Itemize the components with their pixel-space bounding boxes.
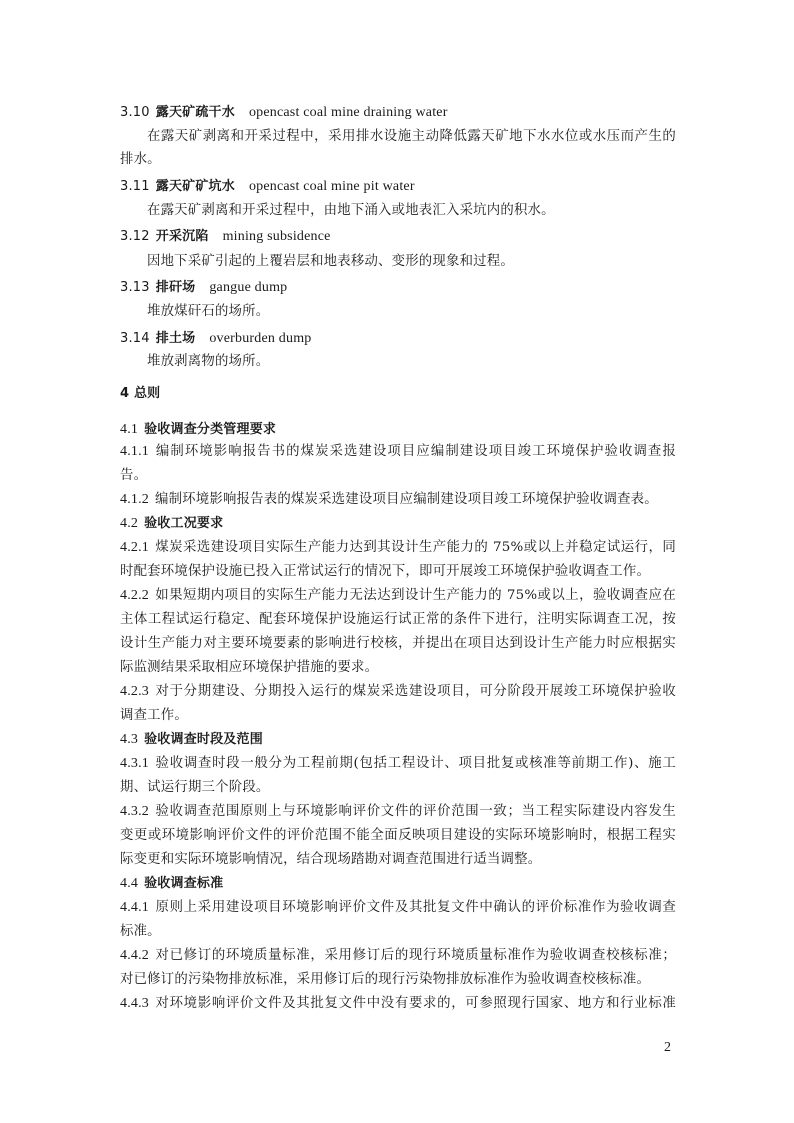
term-heading: 3.10露天矿疏干水opencast coal mine draining wa… [120, 104, 676, 122]
term-definition: 堆放剥离物的场所。 [147, 353, 703, 371]
term-heading: 3.11露天矿矿坑水opencast coal mine pit water [120, 178, 676, 196]
term-definition: 在露天矿剥离和开采过程中，采用排水设施主动降低露天矿地下水水位或水压而产生的 [147, 128, 676, 146]
clause-text: 对环境影响评价文件及其批复文件中没有要求的，可参照现行国家、地方和行业标准 [155, 996, 676, 1011]
clause-cont: 标准。 [120, 923, 676, 941]
section-number: 4.3 [120, 732, 138, 747]
clause-cont: 变更或环境影响评价文件的评价范围不能全面反映项目建设的实际环境影响时，根据工程实 [120, 827, 676, 845]
section-title: 验收调查标准 [144, 876, 223, 891]
clause-cont: 时配套环境保护设施已投入正常试运行的情况下，即可开展竣工环境保护验收调查工作。 [120, 563, 676, 581]
clause-number: 4.2.1 [120, 540, 149, 555]
section-heading: 4.4验收调查标准 [120, 875, 676, 893]
clause-text: 对已修订的环境质量标准，采用修订后的现行环境质量标准作为验收调查校核标准； [155, 948, 676, 963]
clause-text: 编制环境影响报告书的煤炭采选建设项目应编制建设项目竣工环境保护验收调查报 [155, 444, 676, 459]
term-en: opencast coal mine draining water [249, 105, 448, 120]
clause: 4.2.1煤炭采选建设项目实际生产能力达到其设计生产能力的 75%或以上并稳定试… [120, 539, 676, 557]
term-zh: 露天矿矿坑水 [156, 179, 235, 194]
clause-number: 4.3.1 [120, 756, 149, 771]
section-title: 验收工况要求 [144, 516, 223, 531]
clause: 4.4.2对已修订的环境质量标准，采用修订后的现行环境质量标准作为验收调查校核标… [120, 947, 676, 965]
section-number: 4.2 [120, 516, 138, 531]
term-definition-cont: 排水。 [120, 151, 676, 169]
section-title: 验收调查分类管理要求 [144, 422, 276, 437]
section-number: 4.4 [120, 876, 138, 891]
clause: 4.3.2验收调查范围原则上与环境影响评价文件的评价范围一致；当工程实际建设内容… [120, 803, 676, 821]
clause-text: 煤炭采选建设项目实际生产能力达到其设计生产能力的 75%或以上并稳定试运行，同 [155, 540, 676, 555]
term-heading: 3.13排矸场gangue dump [120, 279, 676, 297]
clause-text: 原则上采用建设项目环境影响评价文件及其批复文件中确认的评价标准作为验收调查 [155, 900, 676, 915]
clause-text: 验收调查范围原则上与环境影响评价文件的评价范围一致；当工程实际建设内容发生 [155, 804, 676, 819]
clause-cont: 期、试运行期三个阶段。 [120, 779, 676, 797]
clause-number: 4.4.1 [120, 900, 149, 915]
clause-text: 验收调查时段一般分为工程前期(包括工程设计、项目批复或核准等前期工作)、施工 [155, 756, 676, 771]
clause-cont: 际变更和实际环境影响情况，结合现场踏勘对调查范围进行适当调整。 [120, 851, 676, 869]
section-heading: 4.1验收调查分类管理要求 [120, 421, 676, 439]
clause-text: 对于分期建设、分期投入运行的煤炭采选建设项目，可分阶段开展竣工环境保护验收 [155, 684, 676, 699]
clause: 4.2.2如果短期内项目的实际生产能力无法达到设计生产能力的 75%或以上，验收… [120, 587, 676, 605]
chapter-number: 4 [120, 386, 129, 401]
clause-cont: 告。 [120, 467, 676, 485]
chapter-heading: 4 总则 [120, 385, 676, 403]
section-number: 4.1 [120, 422, 138, 437]
chapter-title: 总则 [134, 386, 160, 401]
term-zh: 排矸场 [156, 280, 196, 295]
clause-number: 4.4.3 [120, 996, 149, 1011]
term-zh: 开采沉陷 [156, 229, 209, 244]
clause: 4.4.3对环境影响评价文件及其批复文件中没有要求的，可参照现行国家、地方和行业… [120, 995, 676, 1013]
term-number: 3.13 [120, 280, 150, 295]
term-en: overburden dump [209, 331, 311, 346]
clause-text: 如果短期内项目的实际生产能力无法达到设计生产能力的 75%或以上，验收调查应在 [155, 588, 676, 603]
clause-number: 4.1.2 [120, 492, 149, 507]
clause-number: 4.2.2 [120, 588, 149, 603]
term-definition: 因地下采矿引起的上覆岩层和地表移动、变形的现象和过程。 [147, 253, 703, 271]
page-number: 2 [664, 1040, 671, 1056]
clause-cont: 际监测结果采取相应环境保护措施的要求。 [120, 659, 676, 677]
term-heading: 3.12开采沉陷mining subsidence [120, 228, 676, 246]
clause-cont: 主体工程试运行稳定、配套环境保护设施运行试正常的条件下进行，注明实际调查工况，按 [120, 611, 676, 629]
term-number: 3.10 [120, 105, 150, 120]
clause-cont: 对已修订的污染物排放标准，采用修订后的现行污染物排放标准作为验收调查校核标准。 [120, 971, 676, 989]
term-en: gangue dump [209, 280, 287, 295]
clause-text: 编制环境影响报告表的煤炭采选建设项目应编制建设项目竣工环境保护验收调查表。 [155, 492, 658, 507]
document-page: 3.10露天矿疏干水opencast coal mine draining wa… [0, 0, 794, 1123]
section-heading: 4.2验收工况要求 [120, 515, 676, 533]
clause: 4.4.1原则上采用建设项目环境影响评价文件及其批复文件中确认的评价标准作为验收… [120, 899, 676, 917]
term-number: 3.12 [120, 229, 150, 244]
term-definition: 在露天矿剥离和开采过程中，由地下涌入或地表汇入采坑内的积水。 [147, 202, 703, 220]
term-heading: 3.14排土场overburden dump [120, 330, 676, 348]
clause-number: 4.1.1 [120, 444, 149, 459]
clause: 4.1.2编制环境影响报告表的煤炭采选建设项目应编制建设项目竣工环境保护验收调查… [120, 491, 676, 509]
term-number: 3.14 [120, 331, 150, 346]
term-definition: 堆放煤矸石的场所。 [147, 303, 703, 321]
clause-number: 4.3.2 [120, 804, 149, 819]
section-title: 验收调查时段及范围 [144, 732, 263, 747]
clause: 4.2.3对于分期建设、分期投入运行的煤炭采选建设项目，可分阶段开展竣工环境保护… [120, 683, 676, 701]
clause-number: 4.4.2 [120, 948, 149, 963]
clause-number: 4.2.3 [120, 684, 149, 699]
clause: 4.3.1验收调查时段一般分为工程前期(包括工程设计、项目批复或核准等前期工作)… [120, 755, 676, 773]
term-zh: 露天矿疏干水 [156, 105, 235, 120]
clause: 4.1.1编制环境影响报告书的煤炭采选建设项目应编制建设项目竣工环境保护验收调查… [120, 443, 676, 461]
term-zh: 排土场 [156, 331, 196, 346]
term-en: opencast coal mine pit water [249, 179, 415, 194]
term-en: mining subsidence [223, 229, 331, 244]
section-heading: 4.3验收调查时段及范围 [120, 731, 676, 749]
clause-cont: 调查工作。 [120, 707, 676, 725]
term-number: 3.11 [120, 179, 150, 194]
clause-cont: 设计生产能力对主要环境要素的影响进行校核，并提出在项目达到设计生产能力时应根据实 [120, 635, 676, 653]
